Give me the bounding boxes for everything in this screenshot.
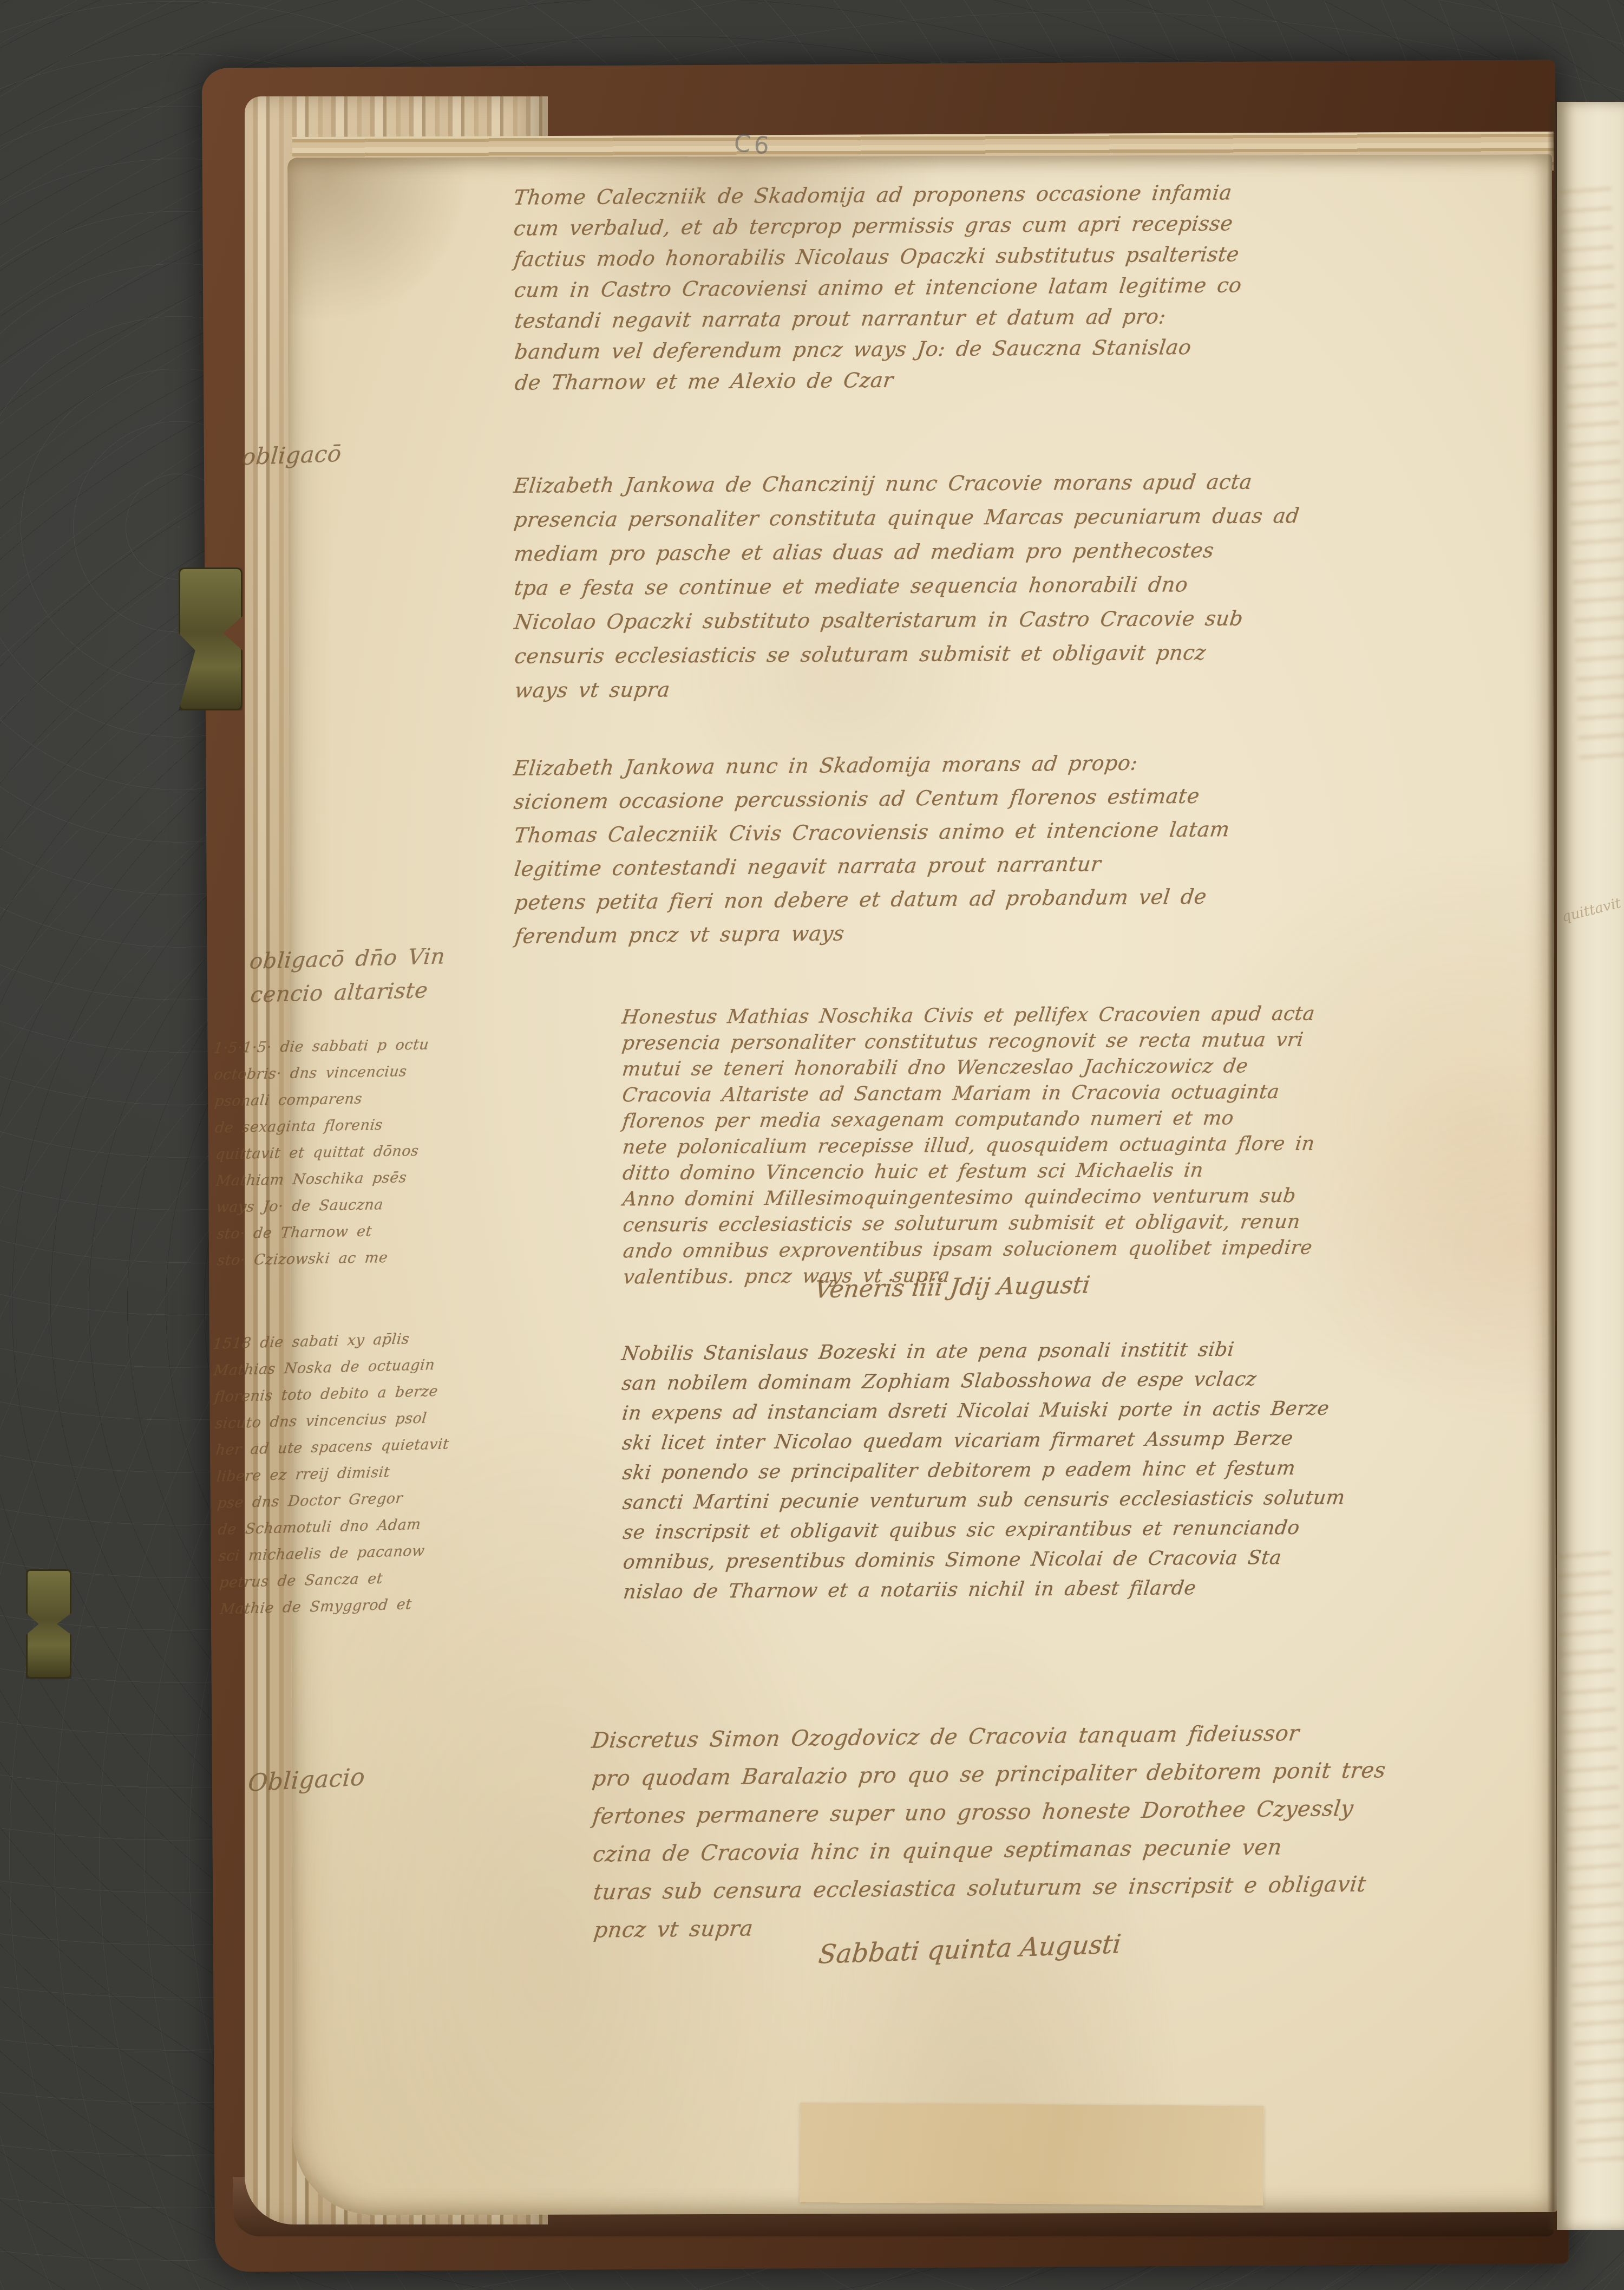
handwriting-line: in expens ad instanciam dsreti Nicolai M… (620, 1393, 1346, 1428)
handwriting-line: mutui se teneri honorabili dno Wenczesla… (620, 1053, 1317, 1083)
handwriting-line: nete polonicalium recepisse illud, quosq… (621, 1131, 1317, 1161)
entry-paragraph-elizabeth-jankowa-1: Elizabeth Jankowa de Chanczinij nunc Cra… (514, 465, 1300, 708)
handwriting-line: psonali comparens (213, 1084, 431, 1114)
margin-note-obligatio-1: obligacō (241, 440, 342, 470)
handwriting-line: obligacō (241, 440, 343, 471)
handwriting-line: mediam pro pasche et alias duas ad media… (512, 533, 1301, 571)
handwriting-line: Elizabeth Jankowa de Chanczinij nunc Cra… (512, 465, 1301, 503)
entry-paragraph-elizabeth-jankowa-2: Elizabeth Jankowa nunc in Skadomija mora… (513, 745, 1230, 953)
handwriting-line: cum verbalud, et ab tercprop permissis g… (512, 208, 1243, 244)
handwriting-line: petens petita fieri non debere et datum … (513, 879, 1232, 919)
handwriting-line: sto· Czizowski ac me (216, 1243, 434, 1274)
handwriting-line: ways vt supra (513, 669, 1302, 708)
handwriting-line: de Tharnow et me Alexio de Czar (513, 362, 1244, 398)
handwriting-line: presencia personaliter constitutus recog… (620, 1027, 1317, 1057)
entry-paragraph-stanislaus-bozeski: Nobilis Stanislaus Bozeski in ate pena p… (621, 1334, 1346, 1607)
handwriting-line: presencia personaliter constituta quinqu… (512, 499, 1301, 537)
bleedthrough-text (1558, 173, 1624, 759)
margin-note-obligatio-vincentio: obligacō dn̄o Vincencio altariste (249, 940, 446, 1012)
handwriting-line: Cracovia Altariste ad Sanctam Mariam in … (621, 1079, 1317, 1109)
handwriting-line: san nobilem dominam Zophiam Slabosshowa … (620, 1363, 1346, 1398)
handwriting-line: de sexaginta florenis (214, 1111, 432, 1141)
handwriting-line: censuris ecclesiasticis se soluturum sub… (621, 1209, 1318, 1239)
handwriting-line: Honestus Mathias Noschika Civis et pelli… (620, 1001, 1317, 1031)
handwriting-line: florenos per media sexagenam computando … (621, 1105, 1317, 1135)
handwriting-line: sicionem occasione percussionis ad Centu… (512, 779, 1232, 819)
handwriting-line: testandi negavit narrata prout narrantur… (513, 301, 1243, 336)
handwriting-line: sto· de Tharnow et (215, 1217, 434, 1247)
handwriting-line: quittavit et quittat dōnos (214, 1137, 432, 1167)
entry-paragraph-simon-ozogdovicz: Discretus Simon Ozogdovicz de Cracovia t… (592, 1713, 1387, 1949)
handwriting-line: Elizabeth Jankowa nunc in Skadomija mora… (512, 745, 1231, 785)
handwriting-line: nislao de Tharnow et a notariis nichil i… (621, 1572, 1347, 1607)
entry-paragraph-mathias-noschika: Honestus Mathias Noschika Civis et pelli… (622, 1001, 1317, 1291)
handwriting-line: Nobilis Stanislaus Bozeski in ate pena p… (620, 1334, 1345, 1368)
handwriting-line: censuris ecclesiasticis se soluturam sub… (513, 635, 1302, 674)
page-gutter-shadow (1547, 102, 1558, 2230)
entry-paragraph-thome-caleczniik: Thome Caleczniik de Skadomija ad propone… (514, 177, 1242, 398)
handwriting-line: Thome Caleczniik de Skadomija ad propone… (512, 177, 1243, 213)
bleedthrough-text (1556, 1537, 1624, 2162)
handwriting-line: ferendum pncz vt supra ways (513, 913, 1233, 953)
handwriting-line: Mathiam Noschika psēs (214, 1164, 433, 1194)
handwriting-line: Nicolao Opaczki substituto psalteristaru… (513, 601, 1302, 640)
handwriting-line: bandum vel deferendum pncz ways Jo: de S… (513, 331, 1244, 367)
handwriting-line: sancti Martini pecunie venturum sub cens… (621, 1483, 1346, 1517)
handwriting-line: obligacō dn̄o Vin (248, 940, 447, 978)
handwriting-line: ando omnibus exproventibus ipsam solucio… (621, 1235, 1318, 1265)
handwriting-line: ways Jo· de Sauczna (215, 1190, 433, 1221)
handwriting-line: cencio altariste (249, 973, 448, 1012)
handwriting-line: ditto domino Vincencio huic et festum sc… (621, 1157, 1317, 1187)
handwriting-line: Anno domini Millesimoquingentesimo quind… (621, 1183, 1318, 1213)
handwriting-line: 1·5·1·5· die sabbati p octu (212, 1032, 430, 1062)
next-page-edge (1557, 102, 1624, 2230)
date-heading-text: Veneris iiii Jdij Augusti (813, 1271, 1092, 1304)
handwriting-line: legitime contestandi negavit narrata pro… (513, 846, 1232, 886)
margin-note-quittance-1518: 1518 die sabati xy ap̄lisMathias Noska d… (213, 1325, 454, 1622)
margin-note-quittance-1515: 1·5·1·5· die sabbati p octuoctobris· dns… (213, 1032, 433, 1274)
brass-clasp-icon (26, 1569, 71, 1679)
handwriting-line: se inscripsit et obligavit quibus sic ex… (621, 1512, 1347, 1547)
handwriting-line: octobris· dns vincencius (213, 1058, 431, 1088)
handwriting-line: cum in Castro Cracoviensi animo et inten… (513, 270, 1243, 305)
handwriting-line: ski licet inter Nicolao quedam vicariam … (620, 1423, 1346, 1458)
handwriting-line: omnibus, presentibus dominis Simone Nico… (621, 1542, 1347, 1577)
date-heading-veneris: Veneris iiii Jdij Augusti (815, 1271, 1090, 1304)
repair-tape-patch (800, 2103, 1263, 2206)
handwriting-line: ski ponendo se principaliter debitorem p… (621, 1453, 1346, 1487)
handwriting-line: Thomas Caleczniik Civis Cracoviensis ani… (512, 812, 1232, 852)
handwriting-line: tpa e festa se continue et mediate seque… (512, 567, 1301, 605)
archival-stamp-mark: C6 (733, 129, 774, 160)
handwriting-line: factius modo honorabilis Nicolaus Opaczk… (512, 239, 1243, 275)
